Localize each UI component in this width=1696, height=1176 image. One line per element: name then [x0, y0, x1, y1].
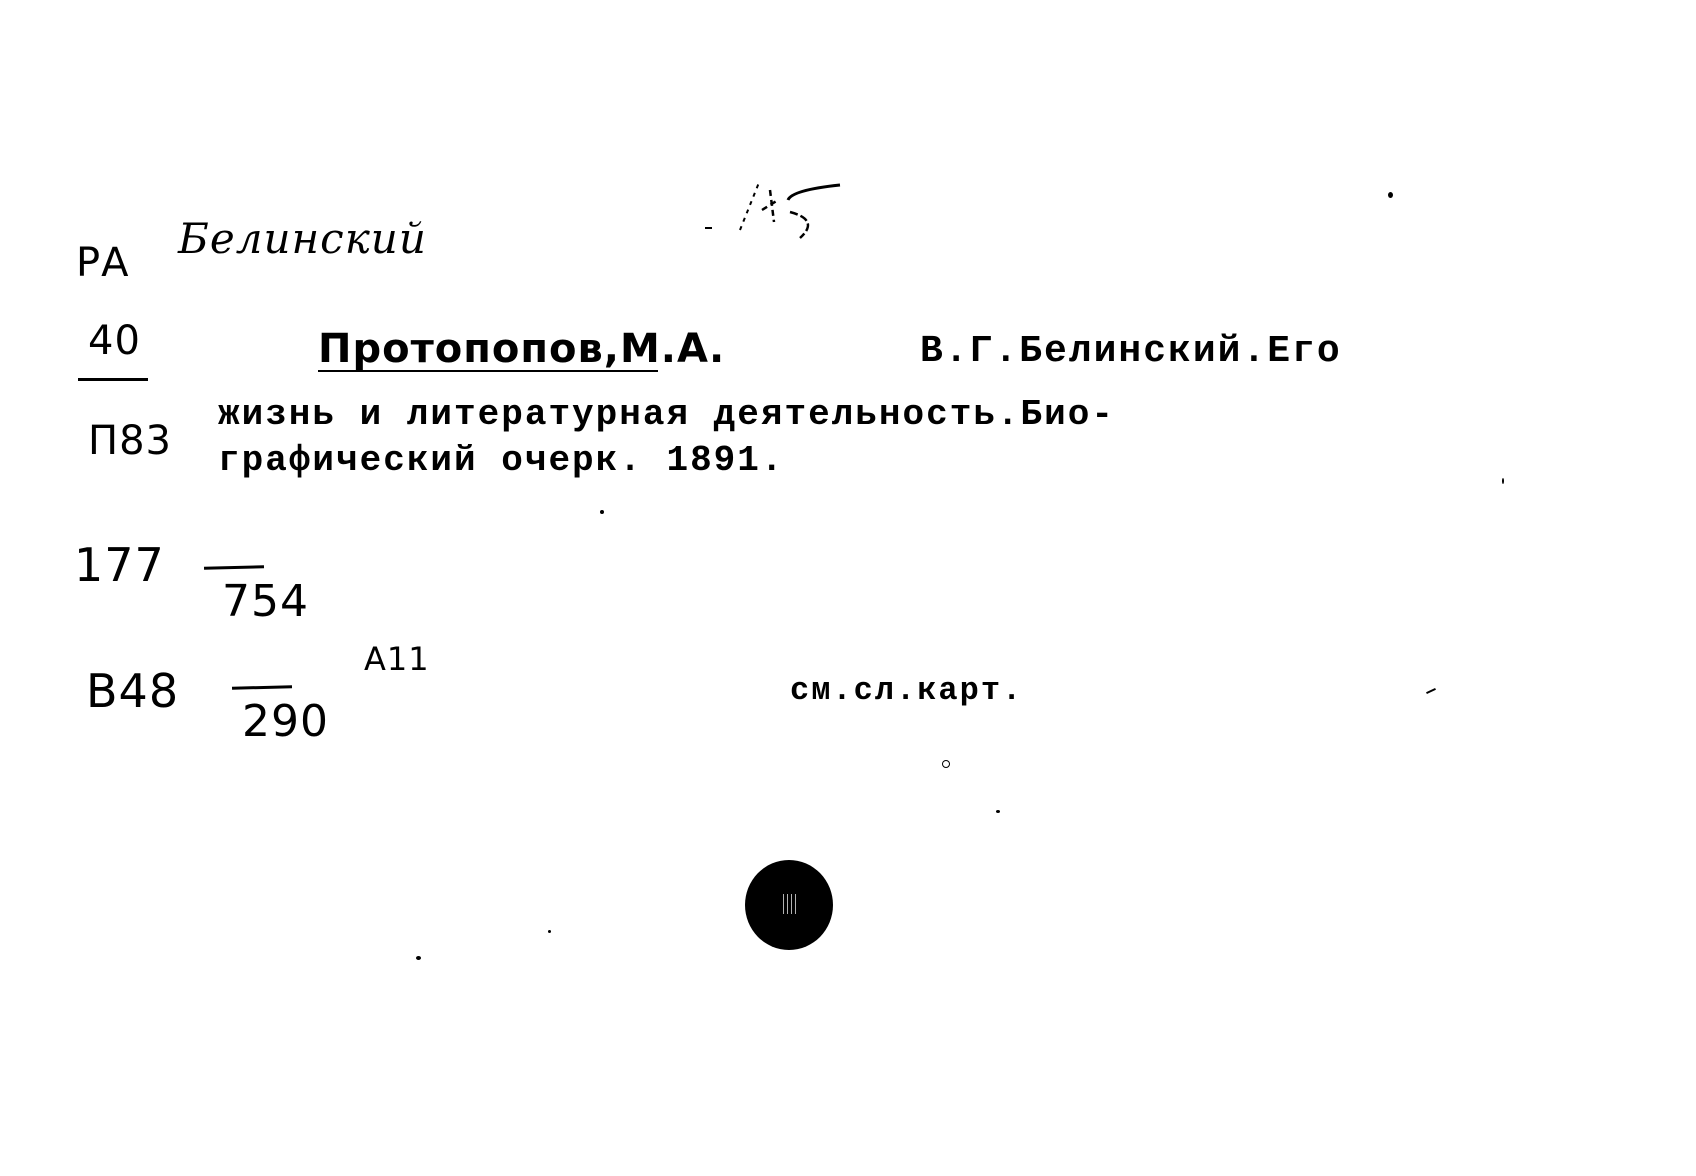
shelf-prefix: РА [76, 240, 129, 286]
scan-speck [996, 810, 1000, 813]
annotation-mark: А11 [364, 640, 430, 678]
title-line-2: жизнь и литературная деятельность.Био- [218, 394, 1115, 435]
inventory-left: В48 [86, 664, 179, 718]
title-line-3: графический очерк. 1891. [218, 440, 784, 481]
author-underline [318, 370, 658, 372]
scan-speck [1502, 478, 1504, 484]
author-heading: Протопопов,М.А. [318, 326, 725, 375]
scan-speck [548, 930, 551, 933]
accession-fraction-bar [204, 565, 264, 570]
punch-hole [745, 860, 833, 950]
author-mark: П83 [88, 418, 172, 464]
inventory-right: 290 [242, 696, 329, 747]
see-next-card-note: см.сл.карт. [790, 672, 1023, 709]
scan-speck [600, 510, 604, 514]
top-scribble-mark [700, 160, 850, 250]
scan-speck [1426, 688, 1436, 694]
catalog-card: РА Белинский 40 П83 177 754 В48 290 А11 … [0, 0, 1696, 1176]
scan-speck [1388, 192, 1393, 198]
scan-speck [416, 956, 421, 960]
scan-speck [942, 760, 950, 768]
punch-hole-marks [783, 894, 797, 914]
inventory-fraction-bar [232, 685, 292, 690]
accession-left: 177 [74, 538, 165, 592]
accession-right: 754 [222, 576, 309, 627]
subject-heading: Белинский [178, 214, 427, 263]
author-name: Протопопов,М.А. [318, 326, 725, 372]
class-number: 40 [88, 318, 141, 364]
title-line-1: В.Г.Белинский.Его [920, 330, 1342, 373]
class-number-rule [78, 378, 148, 381]
